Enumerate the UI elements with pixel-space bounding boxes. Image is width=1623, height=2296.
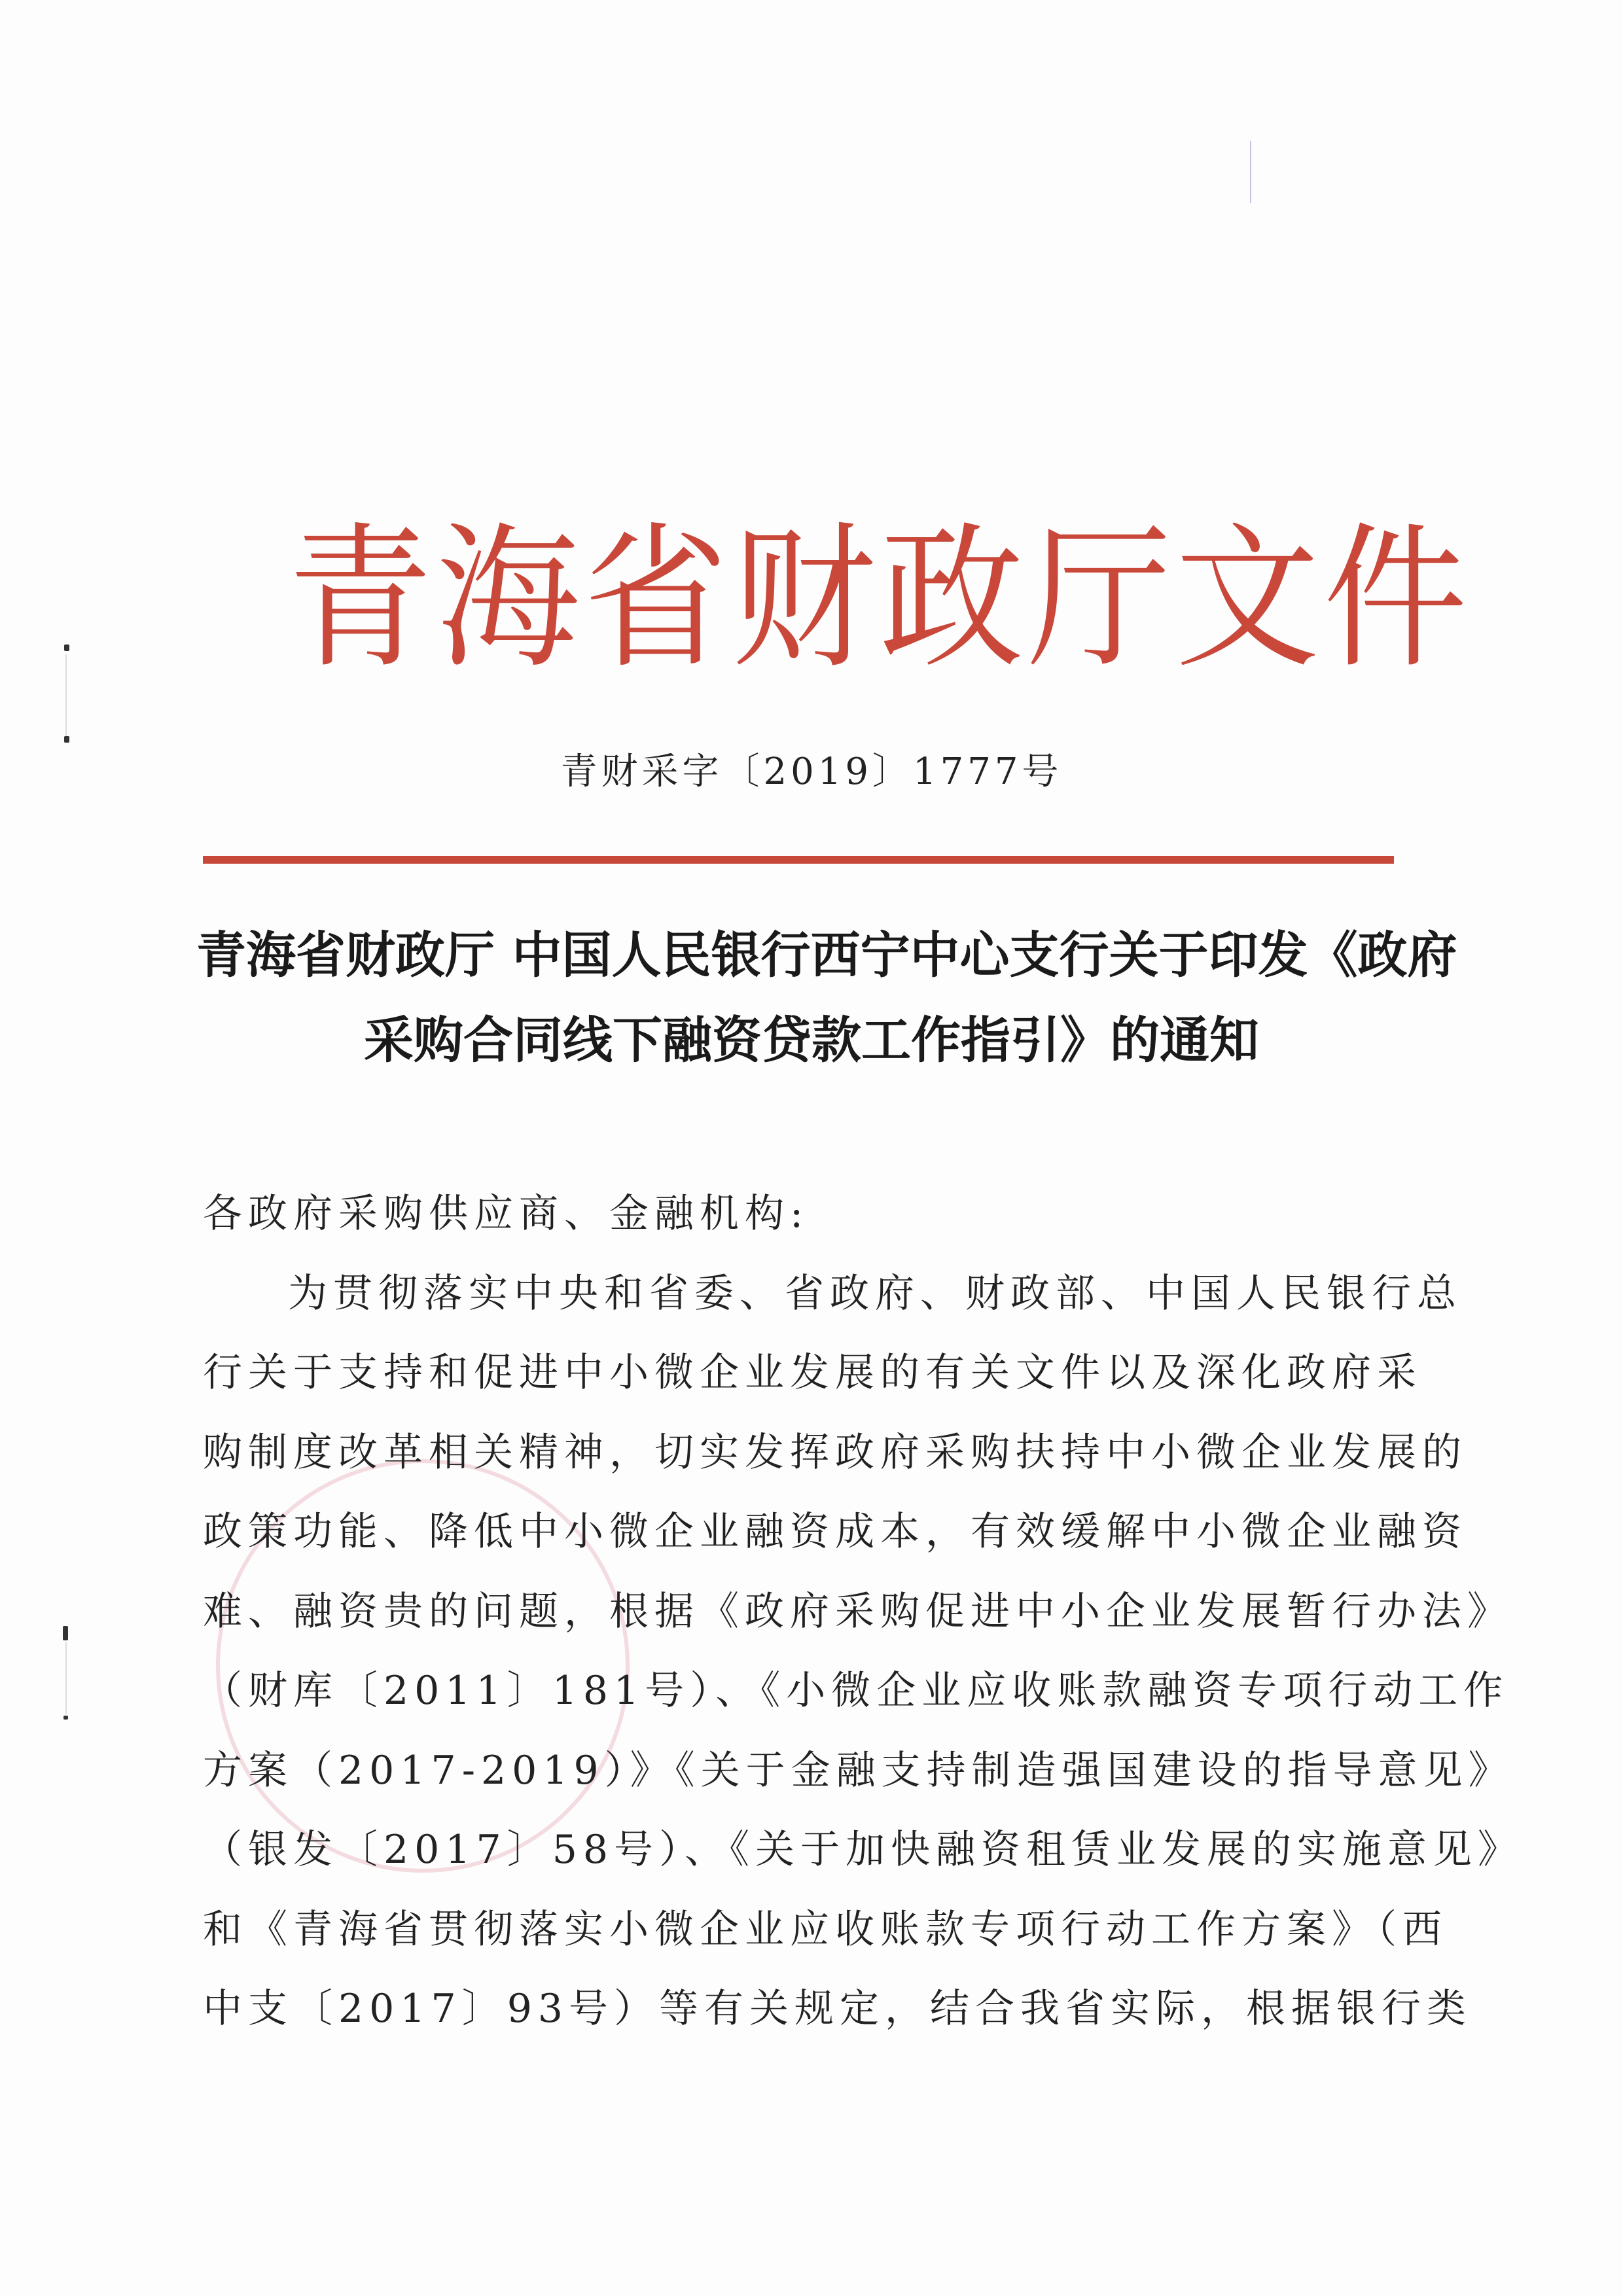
scan-artifact-line (1250, 141, 1251, 203)
document-header-title: 青海省财政厅文件 (288, 496, 1322, 701)
document-page: 青海省财政厅文件 青财采字〔2019〕1777号 青海省财政厅 中国人民银行西宁… (0, 0, 1623, 2296)
salutation: 各政府采购供应商、金融机构: (203, 1174, 1420, 1254)
body-line: 为贯彻落实中央和省委、省政府、财政部、中国人民银行总 (203, 1254, 1420, 1334)
body-line: （银发〔2017〕58号）、《关于加快融资租赁业发展的实施意见》 (203, 1810, 1420, 1890)
binding-hole-mark (63, 1626, 68, 1640)
document-number: 青财采字〔2019〕1777号 (0, 746, 1623, 798)
binding-margin-line (65, 1642, 67, 1714)
notice-title-line-1: 青海省财政厅 中国人民银行西宁中心支行关于印发《政府 (196, 913, 1427, 998)
body-line: 政策功能、降低中小微企业融资成本，有效缓解中小微企业融资 (203, 1492, 1420, 1572)
body-line: 方案（2017-2019）》《关于金融支持制造强国建设的指导意见》 (203, 1731, 1420, 1811)
binding-hole-mark (64, 645, 69, 651)
body-line: 行关于支持和促进中小微企业发展的有关文件以及深化政府采 (203, 1333, 1420, 1413)
body-line: 和《青海省贯彻落实小微企业应收账款专项行动工作方案》（西 (203, 1890, 1420, 1970)
binding-hole-mark (63, 1716, 68, 1720)
body-line: （财库〔2011〕181号）、《小微企业应收账款融资专项行动工作 (203, 1651, 1420, 1731)
body-line: 难、融资贵的问题，根据《政府采购促进中小企业发展暂行办法》 (203, 1572, 1420, 1652)
body-line: 购制度改革相关精神，切实发挥政府采购扶持中小微企业发展的 (203, 1413, 1420, 1493)
notice-title: 青海省财政厅 中国人民银行西宁中心支行关于印发《政府 采购合同线下融资贷款工作指… (196, 913, 1427, 1083)
binding-margin-line (65, 654, 67, 736)
red-divider-rule (203, 856, 1394, 864)
body-line: 中支〔2017〕93号）等有关规定，结合我省实际，根据银行类 (203, 1969, 1420, 2049)
notice-body: 各政府采购供应商、金融机构: 为贯彻落实中央和省委、省政府、财政部、中国人民银行… (203, 1174, 1420, 2049)
notice-title-line-2: 采购合同线下融资贷款工作指引》的通知 (196, 998, 1427, 1083)
binding-hole-mark (64, 736, 69, 743)
